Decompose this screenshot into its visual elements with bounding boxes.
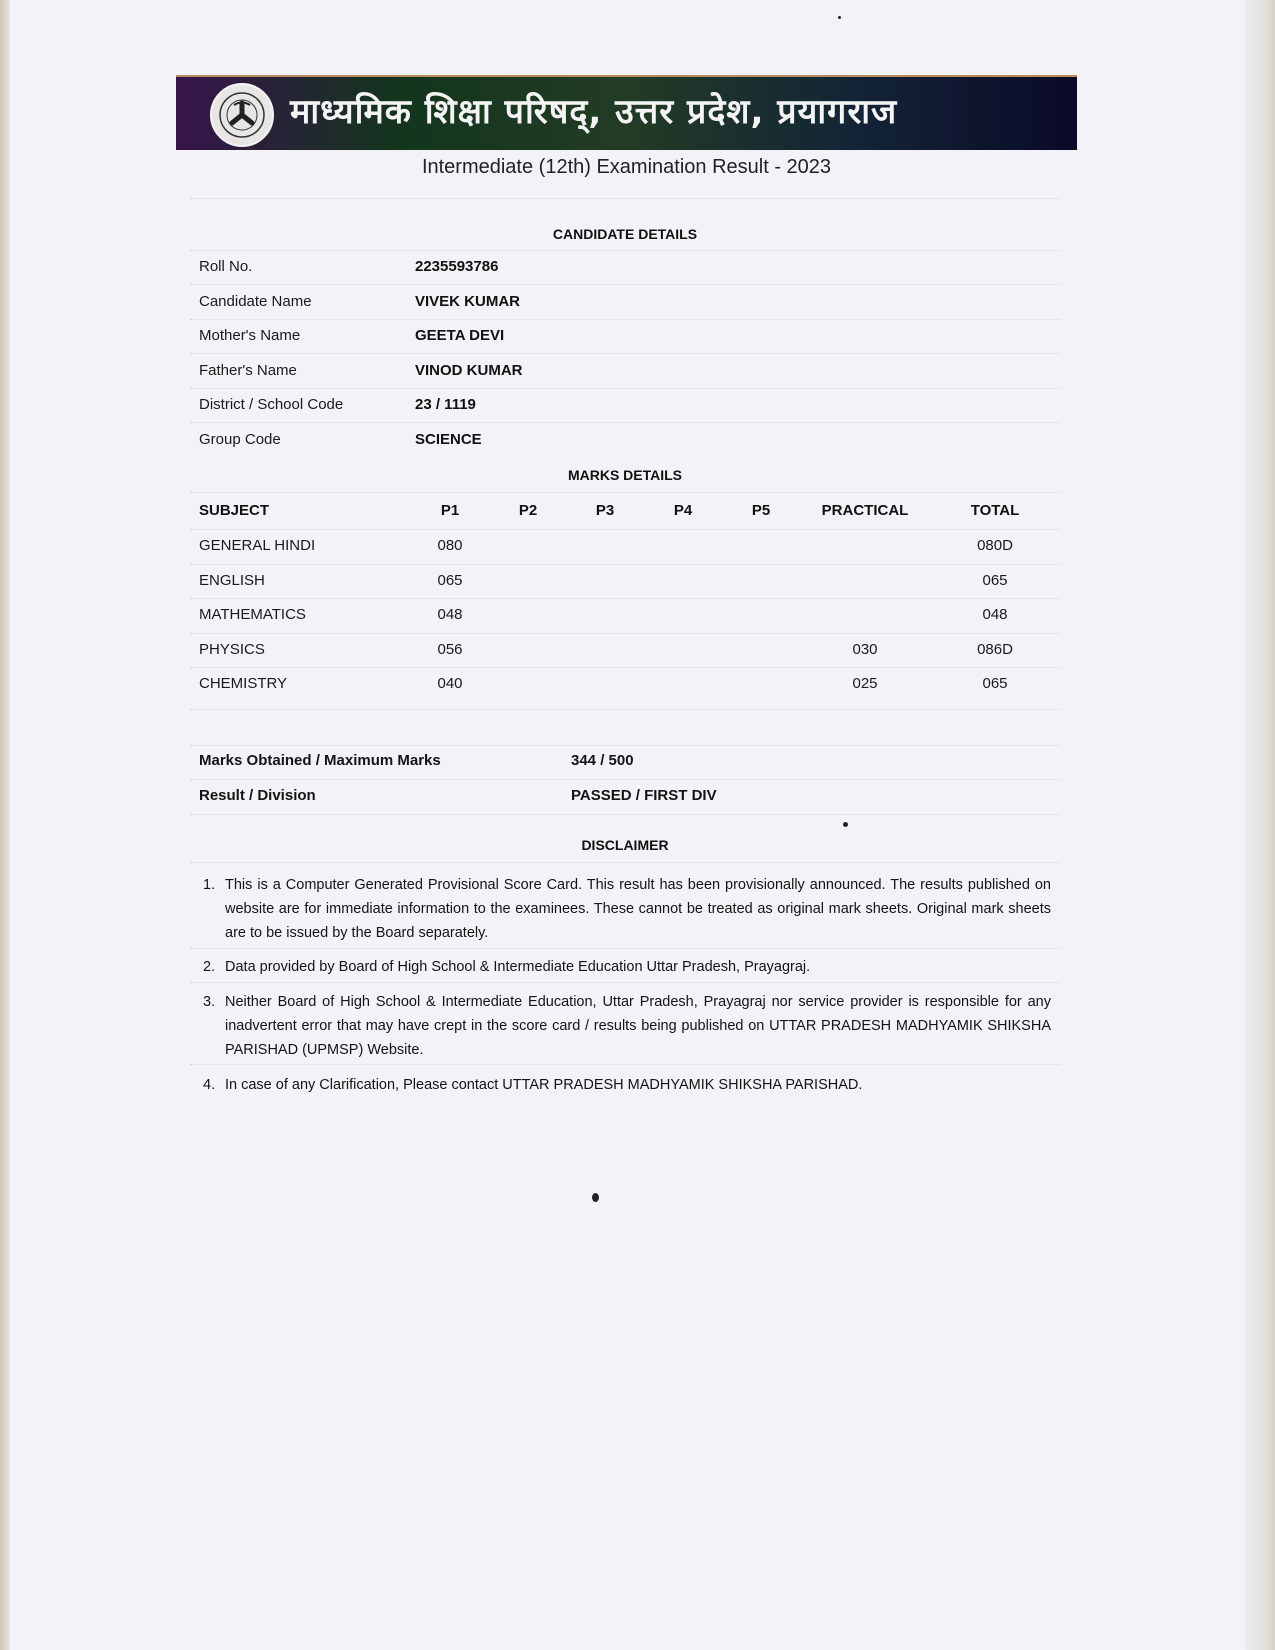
marks-cell-total: 086D bbox=[977, 641, 1013, 658]
marks-cell-p1: 040 bbox=[437, 675, 462, 692]
column-header-p1: P1 bbox=[441, 502, 459, 519]
disclaimer-item: 2.Data provided by Board of High School … bbox=[203, 955, 1051, 979]
marks-cell-practical: 030 bbox=[852, 641, 877, 658]
marks-cell-subject: CHEMISTRY bbox=[199, 675, 287, 692]
disclaimer-number: 3. bbox=[203, 990, 225, 1062]
result-division-label: Result / Division bbox=[199, 787, 316, 804]
disclaimer-number: 2. bbox=[203, 955, 225, 979]
scan-speck bbox=[838, 16, 841, 19]
column-header-practical: PRACTICAL bbox=[822, 502, 909, 519]
disclaimer-text: Data provided by Board of High School & … bbox=[225, 955, 1051, 979]
column-header-p3: P3 bbox=[596, 502, 614, 519]
candidate-field-value: 2235593786 bbox=[415, 258, 498, 275]
candidate-field-label: Candidate Name bbox=[199, 293, 312, 310]
divider bbox=[190, 779, 1060, 780]
board-banner: माध्यमिक शिक्षा परिषद्, उत्तर प्रदेश, प्… bbox=[176, 75, 1077, 150]
marks-cell-total: 080D bbox=[977, 537, 1013, 554]
exam-title: Intermediate (12th) Examination Result -… bbox=[0, 156, 1253, 179]
column-header-p2: P2 bbox=[519, 502, 537, 519]
candidate-details-heading: CANDIDATE DETAILS bbox=[190, 226, 1060, 242]
candidate-field-value: 23 / 1119 bbox=[415, 396, 476, 413]
divider bbox=[190, 492, 1060, 493]
marks-cell-p1: 065 bbox=[437, 572, 462, 589]
result-division-value: PASSED / FIRST DIV bbox=[571, 787, 717, 804]
marks-cell-subject: PHYSICS bbox=[199, 641, 265, 658]
marks-cell-subject: GENERAL HINDI bbox=[199, 537, 315, 554]
marks-cell-practical: 025 bbox=[852, 675, 877, 692]
marks-cell-total: 065 bbox=[982, 572, 1007, 589]
up-board-emblem-icon bbox=[210, 83, 274, 147]
candidate-field-value: VINOD KUMAR bbox=[415, 362, 523, 379]
divider bbox=[190, 529, 1060, 530]
candidate-field-value: GEETA DEVI bbox=[415, 327, 504, 344]
disclaimer-heading: DISCLAIMER bbox=[190, 837, 1060, 853]
divider bbox=[190, 633, 1060, 634]
marks-cell-p1: 056 bbox=[437, 641, 462, 658]
candidate-field-value: VIVEK KUMAR bbox=[415, 293, 520, 310]
candidate-field-label: Father's Name bbox=[199, 362, 297, 379]
disclaimer-number: 4. bbox=[203, 1073, 225, 1097]
divider bbox=[190, 862, 1060, 863]
disclaimer-text: Neither Board of High School & Intermedi… bbox=[225, 990, 1051, 1062]
column-header-total: TOTAL bbox=[971, 502, 1020, 519]
candidate-field-label: Roll No. bbox=[199, 258, 252, 275]
column-header-p5: P5 bbox=[752, 502, 770, 519]
divider bbox=[190, 250, 1060, 251]
divider bbox=[190, 284, 1060, 285]
divider bbox=[190, 198, 1060, 199]
marks-cell-total: 065 bbox=[982, 675, 1007, 692]
disclaimer-item: 1.This is a Computer Generated Provision… bbox=[203, 873, 1051, 945]
column-header-subject: SUBJECT bbox=[199, 502, 269, 519]
divider bbox=[190, 388, 1060, 389]
divider bbox=[190, 319, 1060, 320]
marks-obtained-label: Marks Obtained / Maximum Marks bbox=[199, 752, 441, 769]
marks-cell-p1: 048 bbox=[437, 606, 462, 623]
divider bbox=[190, 353, 1060, 354]
disclaimer-item: 3.Neither Board of High School & Interme… bbox=[203, 990, 1051, 1062]
disclaimer-text: This is a Computer Generated Provisional… bbox=[225, 873, 1051, 945]
scan-speck bbox=[592, 1193, 599, 1202]
marks-cell-p1: 080 bbox=[437, 537, 462, 554]
divider bbox=[190, 948, 1060, 949]
divider bbox=[190, 814, 1060, 815]
divider bbox=[190, 1064, 1060, 1065]
candidate-field-label: District / School Code bbox=[199, 396, 343, 413]
candidate-field-label: Mother's Name bbox=[199, 327, 300, 344]
marks-cell-total: 048 bbox=[982, 606, 1007, 623]
divider bbox=[190, 422, 1060, 423]
column-header-p4: P4 bbox=[674, 502, 692, 519]
divider bbox=[190, 745, 1060, 746]
divider bbox=[190, 667, 1060, 668]
candidate-field-value: SCIENCE bbox=[415, 431, 482, 448]
board-name-hindi: माध्यमिक शिक्षा परिषद्, उत्तर प्रदेश, प्… bbox=[290, 87, 897, 133]
scan-speck bbox=[843, 822, 848, 827]
disclaimer-number: 1. bbox=[203, 873, 225, 945]
marks-details-heading: MARKS DETAILS bbox=[190, 467, 1060, 483]
marks-obtained-value: 344 / 500 bbox=[571, 752, 634, 769]
divider bbox=[190, 982, 1060, 983]
paper-edge-left bbox=[0, 0, 10, 1650]
divider bbox=[190, 564, 1060, 565]
paper-edge-right bbox=[1245, 0, 1275, 1650]
disclaimer-item: 4.In case of any Clarification, Please c… bbox=[203, 1073, 1051, 1097]
marks-cell-subject: MATHEMATICS bbox=[199, 606, 306, 623]
disclaimer-text: In case of any Clarification, Please con… bbox=[225, 1073, 1051, 1097]
candidate-field-label: Group Code bbox=[199, 431, 281, 448]
divider bbox=[190, 598, 1060, 599]
marks-cell-subject: ENGLISH bbox=[199, 572, 265, 589]
divider bbox=[190, 709, 1060, 710]
